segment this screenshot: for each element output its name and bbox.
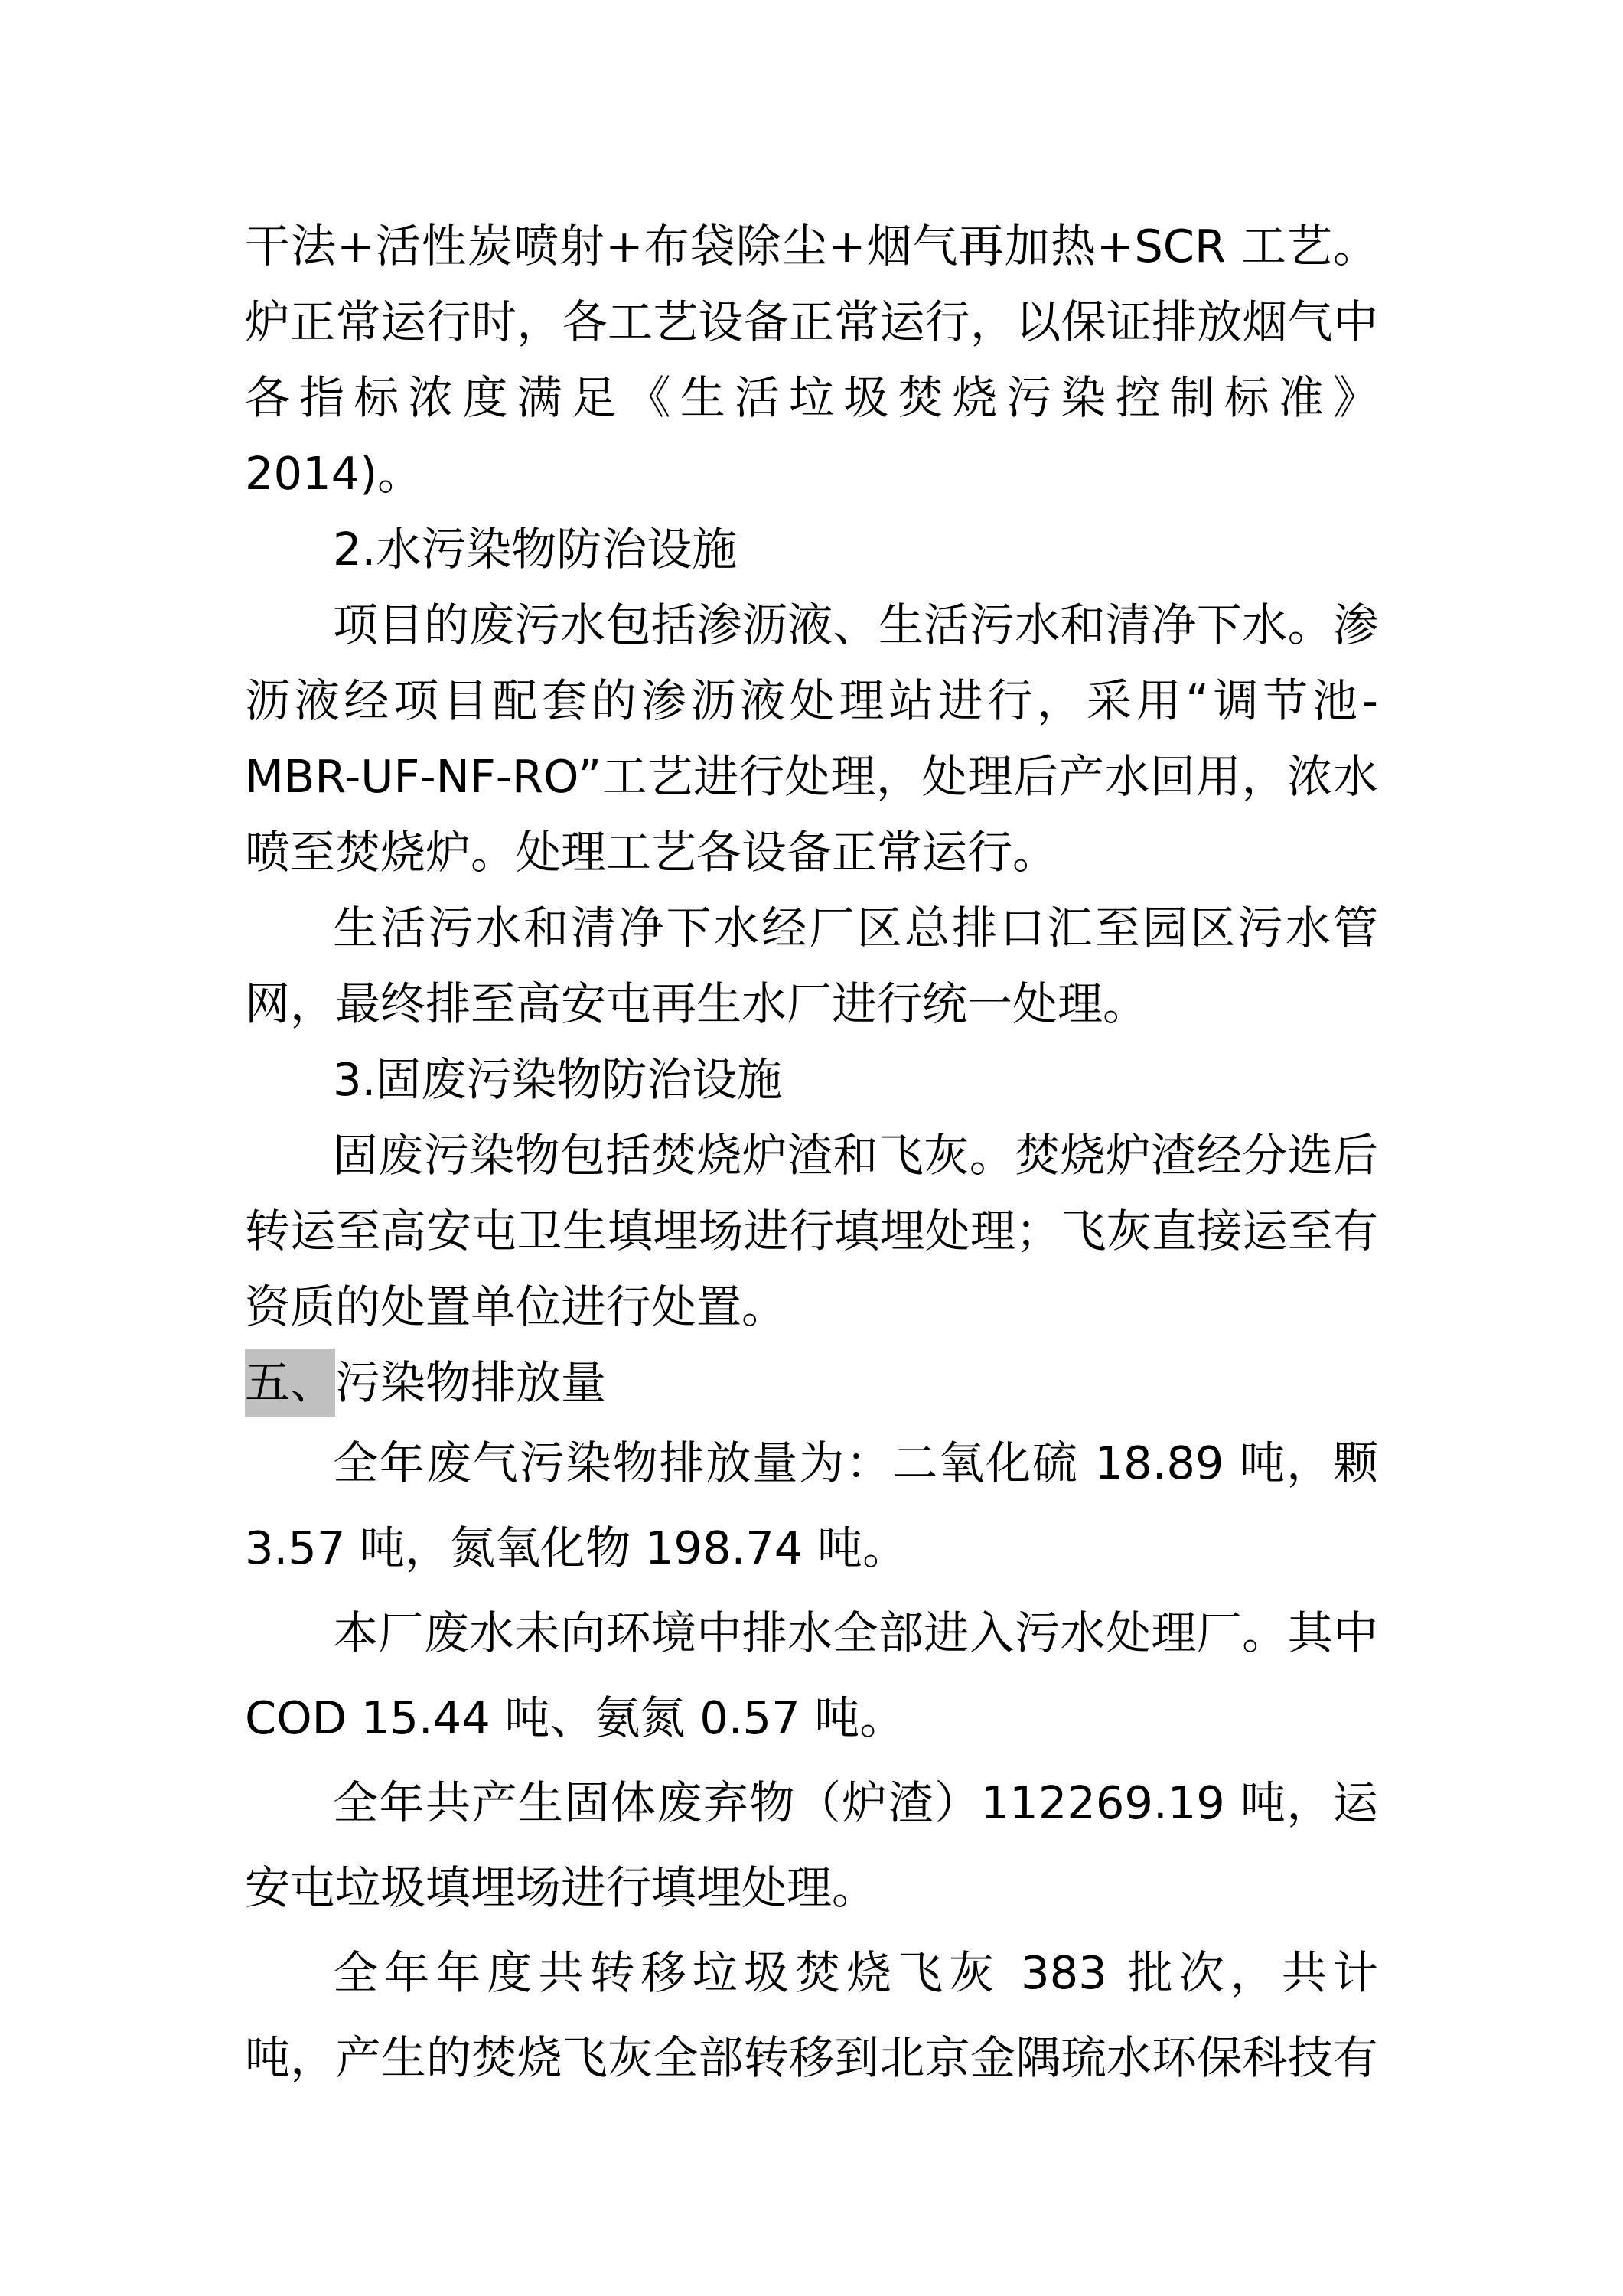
text-line: 吨，产生的焚烧飞灰全部转移到北京金隅琉水环保科技有 bbox=[245, 2015, 1378, 2100]
text-line: 炉正常运行时，各工艺设备正常运行，以保证排放烟气中 bbox=[245, 284, 1378, 360]
text-line: 安屯垃圾填埋场进行填埋处理。 bbox=[245, 1845, 1378, 1930]
text-line: MBR-UF-NF-RO”工艺进行处理，处理后产水回用，浓水回 bbox=[245, 739, 1378, 814]
section-heading-line: 五、污染物排放量 bbox=[245, 1345, 1378, 1420]
text-line: 项目的废污水包括渗沥液、生活污水和清净下水。渗 bbox=[245, 587, 1378, 663]
text-line: 固废污染物包括焚烧炉渣和飞灰。焚烧炉渣经分选后 bbox=[245, 1117, 1378, 1193]
paragraph-block-lower: 全年废气污染物排放量为：二氧化硫 18.89 吨，颗粒物3.57 吨，氮氧化物 … bbox=[245, 1420, 1378, 2100]
text-line: 2014)。 bbox=[245, 435, 1378, 511]
text-line: 网，最终排至高安屯再生水厂进行统一处理。 bbox=[245, 966, 1378, 1042]
text-line: 全年共产生固体废弃物（炉渣）112269.19 吨，运往高 bbox=[245, 1760, 1378, 1845]
text-line: 全年年度共转移垃圾焚烧飞灰 383 批次，共计 9497.70 bbox=[245, 1930, 1378, 2015]
text-line: 生活污水和清净下水经厂区总排口汇至园区污水管 bbox=[245, 890, 1378, 966]
text-line: COD 15.44 吨、氨氮 0.57 吨。 bbox=[245, 1675, 1378, 1760]
heading-text: 污染物排放量 bbox=[335, 1356, 606, 1409]
text-line: 各指标浓度满足《生活垃圾焚烧污染控制标准》(GB18485- bbox=[245, 360, 1378, 435]
text-line: 沥液经项目配套的渗沥液处理站进行，采用“调节池-UASB- bbox=[245, 663, 1378, 739]
text-line: 全年废气污染物排放量为：二氧化硫 18.89 吨，颗粒物 bbox=[245, 1420, 1378, 1505]
text-column: 干法+活性炭喷射+布袋除尘+烟气再加热+SCR 工艺。焚烧炉正常运行时，各工艺设… bbox=[245, 0, 1378, 2100]
document-page: 干法+活性炭喷射+布袋除尘+烟气再加热+SCR 工艺。焚烧炉正常运行时，各工艺设… bbox=[0, 0, 1623, 2296]
text-line: 转运至高安屯卫生填埋场进行填埋处理；飞灰直接运至有 bbox=[245, 1193, 1378, 1269]
text-line: 本厂废水未向环境中排水全部进入污水处理厂。其中 bbox=[245, 1590, 1378, 1675]
text-line: 干法+活性炭喷射+布袋除尘+烟气再加热+SCR 工艺。焚烧 bbox=[245, 208, 1378, 284]
paragraph-block-upper: 干法+活性炭喷射+布袋除尘+烟气再加热+SCR 工艺。焚烧炉正常运行时，各工艺设… bbox=[245, 0, 1378, 1420]
text-line: 2.水污染物防治设施 bbox=[245, 511, 1378, 587]
text-line: 3.固废污染物防治设施 bbox=[245, 1042, 1378, 1117]
text-line: 喷至焚烧炉。处理工艺各设备正常运行。 bbox=[245, 814, 1378, 890]
text-line: 资质的处置单位进行处置。 bbox=[245, 1269, 1378, 1345]
highlighted-heading-number: 五、 bbox=[245, 1349, 335, 1417]
text-line: 3.57 吨，氮氧化物 198.74 吨。 bbox=[245, 1505, 1378, 1590]
